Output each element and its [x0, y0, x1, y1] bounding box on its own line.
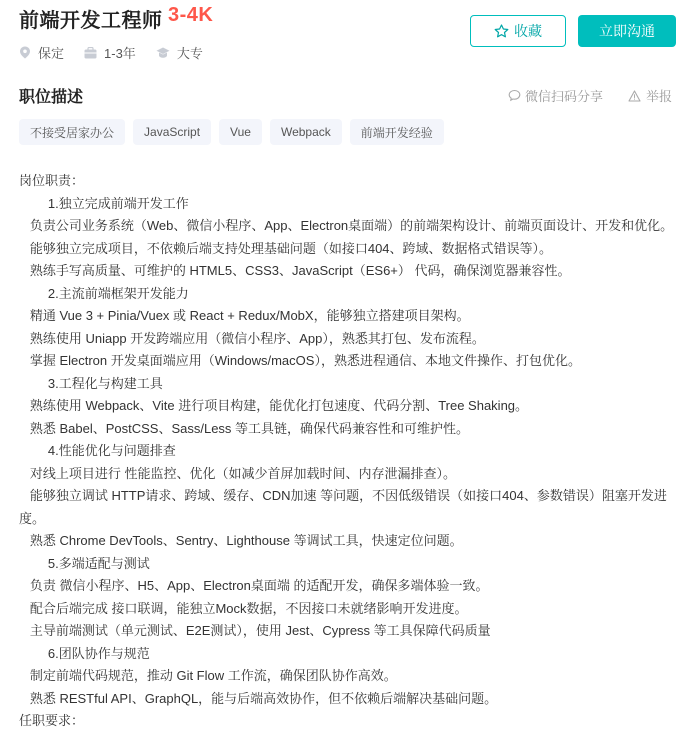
description-line: 能够独立完成项目，不依赖后端支持处理基础问题（如接口404、跨域、数据格式错误等…: [19, 238, 684, 261]
description-line: 熟悉 Babel、PostCSS、Sass/Less 等工具链，确保代码兼容性和…: [19, 418, 684, 441]
description-line: 掌握 Electron 开发桌面端应用（Windows/macOS），熟悉进程通…: [19, 350, 684, 373]
description-line: 制定前端代码规范，推动 Git Flow 工作流，确保团队协作高效。: [19, 665, 684, 688]
share-label: 微信扫码分享: [525, 86, 603, 105]
wechat-share-link[interactable]: 微信扫码分享: [508, 86, 603, 105]
job-header: 前端开发工程师 3-4K 保定 1-3年 大专 收藏 立即沟通: [0, 0, 699, 70]
description-line: 负责公司业务系统（Web、微信小程序、App、Electron桌面端）的前端架构…: [19, 215, 684, 238]
description-line: 3.工程化与构建工具: [19, 373, 684, 396]
description-line: 2.主流前端框架开发能力: [19, 283, 684, 306]
meta-experience: 1-3年: [84, 43, 136, 62]
description-line: 能够独立调试 HTTP请求、跨域、缓存、CDN加速 等问题，不因低级错误（如接口…: [19, 485, 684, 530]
description-line: 熟悉 Chrome DevTools、Sentry、Lighthouse 等调试…: [19, 530, 684, 553]
description-line: 熟悉 RESTful API、GraphQL，能与后端高效协作，但不依赖后端解决…: [19, 688, 684, 711]
description-line: 1.独立完成前端开发工作: [19, 193, 684, 216]
job-description: 岗位职责： 1.独立完成前端开发工作 负责公司业务系统（Web、微信小程序、Ap…: [19, 170, 684, 732]
job-title: 前端开发工程师: [19, 4, 163, 33]
description-line: 熟练手写高质量、可维护的 HTML5、CSS3、JavaScript（ES6+）…: [19, 260, 684, 283]
skill-tags: 不接受居家办公 JavaScript Vue Webpack 前端开发经验: [19, 119, 452, 145]
tag-item: Webpack: [270, 119, 342, 145]
experience-text: 1-3年: [104, 43, 136, 62]
description-line: 熟练使用 Webpack、Vite 进行项目构建，能优化打包速度、代码分割、Tr…: [19, 395, 684, 418]
description-line: 熟练使用 Uniapp 开发跨端应用（微信小程序、App），熟悉其打包、发布流程…: [19, 328, 684, 351]
tag-item: 前端开发经验: [350, 119, 444, 145]
chat-now-button[interactable]: 立即沟通: [578, 15, 676, 47]
tag-item: JavaScript: [133, 119, 211, 145]
description-line: 对线上项目进行 性能监控、优化（如减少首屏加载时间、内存泄漏排查）。: [19, 463, 684, 486]
collect-label: 收藏: [514, 21, 542, 41]
description-line: 配合后端完成 接口联调，能独立Mock数据，不因接口未就绪影响开发进度。: [19, 598, 684, 621]
description-line: 4.性能优化与问题排查: [19, 440, 684, 463]
meta-location: 保定: [19, 43, 64, 62]
description-line: 6.团队协作与规范: [19, 643, 684, 666]
graduation-cap-icon: [156, 47, 170, 59]
report-label: 举报: [646, 86, 672, 105]
description-line: 负责 微信小程序、H5、App、Electron桌面端 的适配开发，确保多端体验…: [19, 575, 684, 598]
description-line: 5.多端适配与测试: [19, 553, 684, 576]
meta-education: 大专: [156, 43, 203, 62]
job-meta: 保定 1-3年 大专: [19, 43, 223, 62]
education-text: 大专: [177, 43, 203, 62]
description-line: 主导前端测试（单元测试、E2E测试），使用 Jest、Cypress 等工具保障…: [19, 620, 684, 643]
section-title: 职位描述: [19, 84, 83, 107]
tag-item: 不接受居家办公: [19, 119, 125, 145]
location-text: 保定: [38, 43, 64, 62]
briefcase-icon: [84, 47, 97, 59]
tag-item: Vue: [219, 119, 262, 145]
description-line: 任职要求：: [19, 710, 684, 732]
description-line: 岗位职责：: [19, 170, 684, 193]
star-icon: [494, 24, 509, 38]
location-pin-icon: [19, 46, 31, 59]
warning-icon: [628, 90, 641, 102]
description-line: 精通 Vue 3 + Pinia/Vuex 或 React + Redux/Mo…: [19, 305, 684, 328]
chat-bubble-icon: [508, 89, 521, 102]
report-link[interactable]: 举报: [628, 86, 672, 105]
job-salary: 3-4K: [168, 4, 213, 27]
collect-button[interactable]: 收藏: [470, 15, 566, 47]
